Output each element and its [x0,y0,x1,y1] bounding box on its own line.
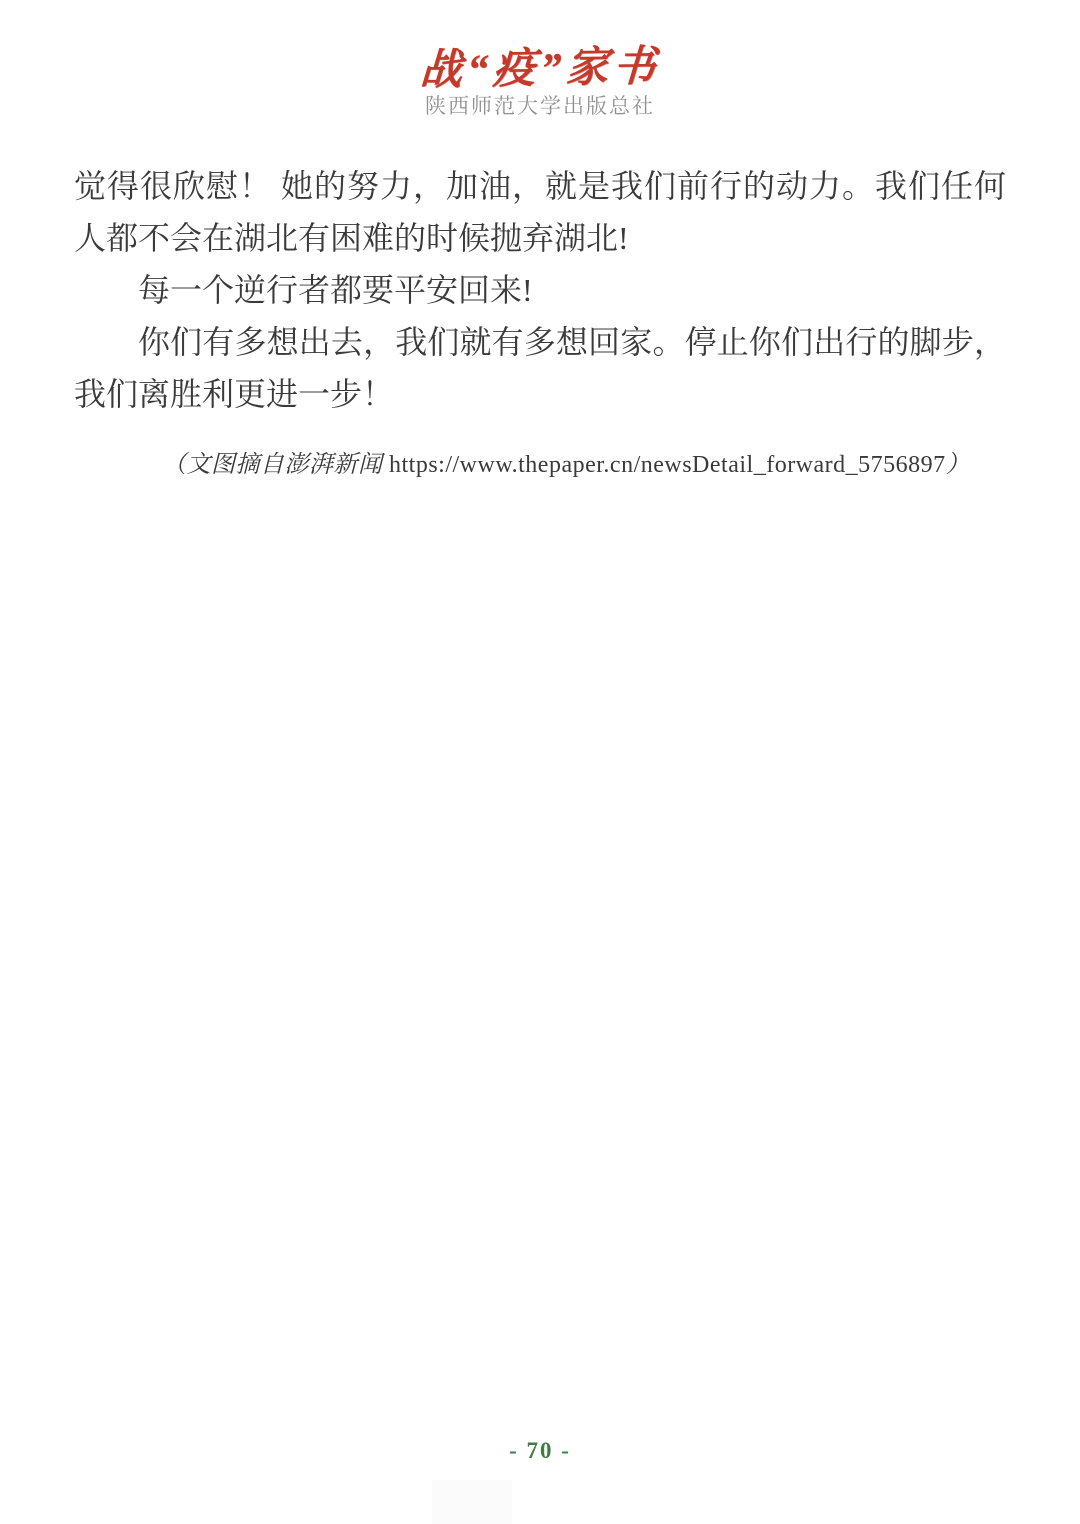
page-header: 战“疫”家书 陕西师范大学出版总社 [0,0,1080,120]
press-logo-calligraphy: 战“疫”家书 [419,44,662,94]
citation-url: https://www.thepaper.cn/newsDetail_forwa… [389,452,946,478]
paragraph-1: 觉得很欣慰！ 她的努力，加油，就是我们前行的动力。我们任何人都不会在湖北有困难的… [74,160,1006,264]
citation-prefix: （文图摘自澎湃新闻 [162,452,389,478]
citation-suffix: ） [946,452,971,478]
source-citation: （文图摘自澎湃新闻 https://www.thepaper.cn/newsDe… [74,448,1006,482]
publisher-name: 陕西师范大学出版总社 [0,94,1080,120]
book-page: 战“疫”家书 陕西师范大学出版总社 觉得很欣慰！ 她的努力，加油，就是我们前行的… [0,0,1080,1524]
scan-artifact [432,1480,512,1524]
paragraph-3: 你们有多想出去，我们就有多想回家。停止你们出行的脚步，我们离胜利更进一步！ [74,316,1006,420]
page-number: - 70 - [0,1438,1080,1464]
body-text: 觉得很欣慰！ 她的努力，加油，就是我们前行的动力。我们任何人都不会在湖北有困难的… [74,160,1006,482]
paragraph-2: 每一个逆行者都要平安回来! [74,264,1006,316]
